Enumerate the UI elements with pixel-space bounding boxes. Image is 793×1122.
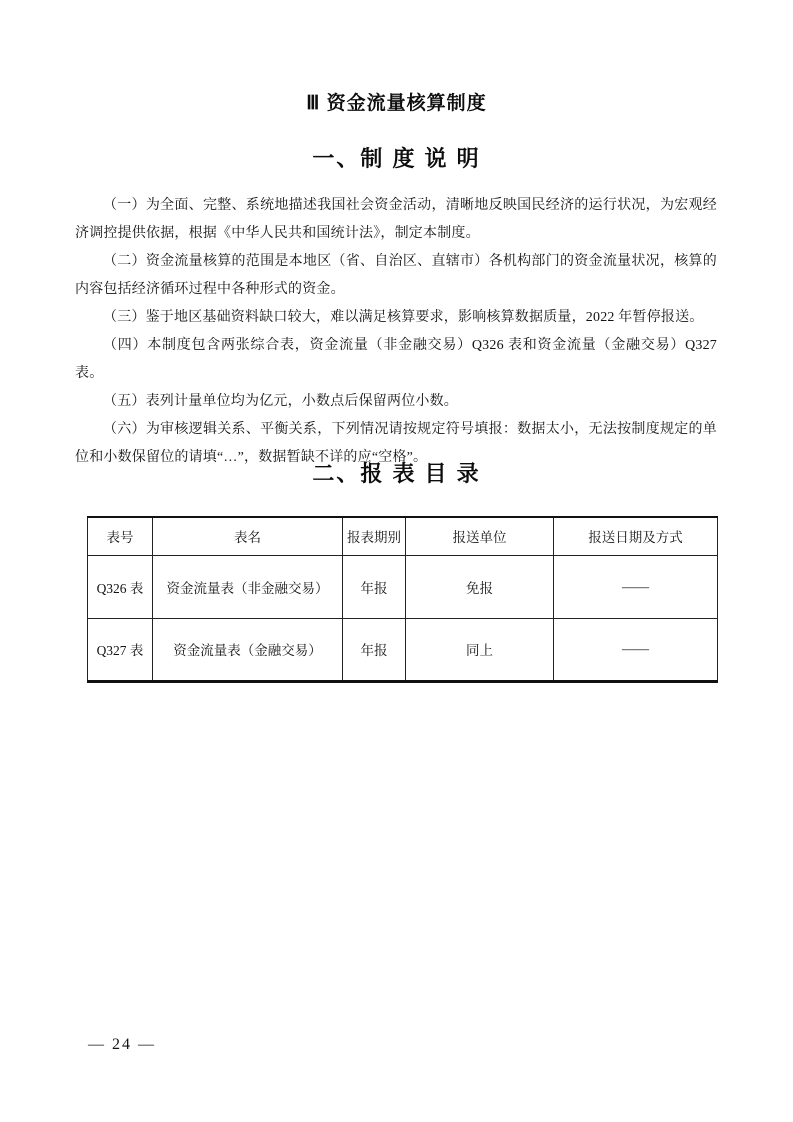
cell-q326-unit: 免报	[406, 555, 554, 618]
cell-q326-code: Q326 表	[88, 555, 153, 618]
cell-q326-period: 年报	[343, 555, 406, 618]
paragraph-3: （三）鉴于地区基础资料缺口较大，难以满足核算要求，影响核算数据质量，2022 年…	[75, 304, 717, 332]
paragraph-4: （四）本制度包含两张综合表，资金流量（非金融交易）Q326 表和资金流量（金融交…	[75, 332, 717, 388]
document-page: Ⅲ 资金流量核算制度 一、制 度 说 明 （一）为全面、完整、系统地描述我国社会…	[0, 0, 793, 1122]
paragraph-2: （二）资金流量核算的范围是本地区（省、自治区、直辖市）各机构部门的资金流量状况，…	[75, 248, 717, 304]
report-directory-table: 表号 表名 报表期别 报送单位 报送日期及方式 Q326 表 资金流量表（非金融…	[87, 516, 718, 683]
page-title: Ⅲ 资金流量核算制度	[0, 88, 793, 115]
header-table-name: 表名	[153, 517, 343, 555]
paragraph-1: （一）为全面、完整、系统地描述我国社会资金活动，清晰地反映国民经济的运行状况，为…	[75, 192, 717, 248]
table-header-row: 表号 表名 报表期别 报送单位 报送日期及方式	[88, 517, 718, 555]
section-heading-system-description: 一、制 度 说 明	[0, 142, 793, 173]
header-table-code: 表号	[88, 517, 153, 555]
cell-q326-date: ——	[554, 555, 718, 618]
table-row-q326: Q326 表 资金流量表（非金融交易） 年报 免报 ——	[88, 555, 718, 618]
page-number: — 24 —	[88, 1036, 156, 1054]
body-text-block: （一）为全面、完整、系统地描述我国社会资金活动，清晰地反映国民经济的运行状况，为…	[75, 192, 717, 472]
cell-q327-date: ——	[554, 618, 718, 681]
table-row-q327: Q327 表 资金流量表（金融交易） 年报 同上 ——	[88, 618, 718, 681]
cell-q326-name: 资金流量表（非金融交易）	[153, 555, 343, 618]
header-submitting-unit: 报送单位	[406, 517, 554, 555]
paragraph-5: （五）表列计量单位均为亿元，小数点后保留两位小数。	[75, 388, 717, 416]
cell-q327-unit: 同上	[406, 618, 554, 681]
cell-q327-period: 年报	[343, 618, 406, 681]
cell-q327-code: Q327 表	[88, 618, 153, 681]
header-submit-date-method: 报送日期及方式	[554, 517, 718, 555]
section-heading-report-directory: 二、报 表 目 录	[0, 457, 793, 488]
header-report-period: 报表期别	[343, 517, 406, 555]
cell-q327-name: 资金流量表（金融交易）	[153, 618, 343, 681]
